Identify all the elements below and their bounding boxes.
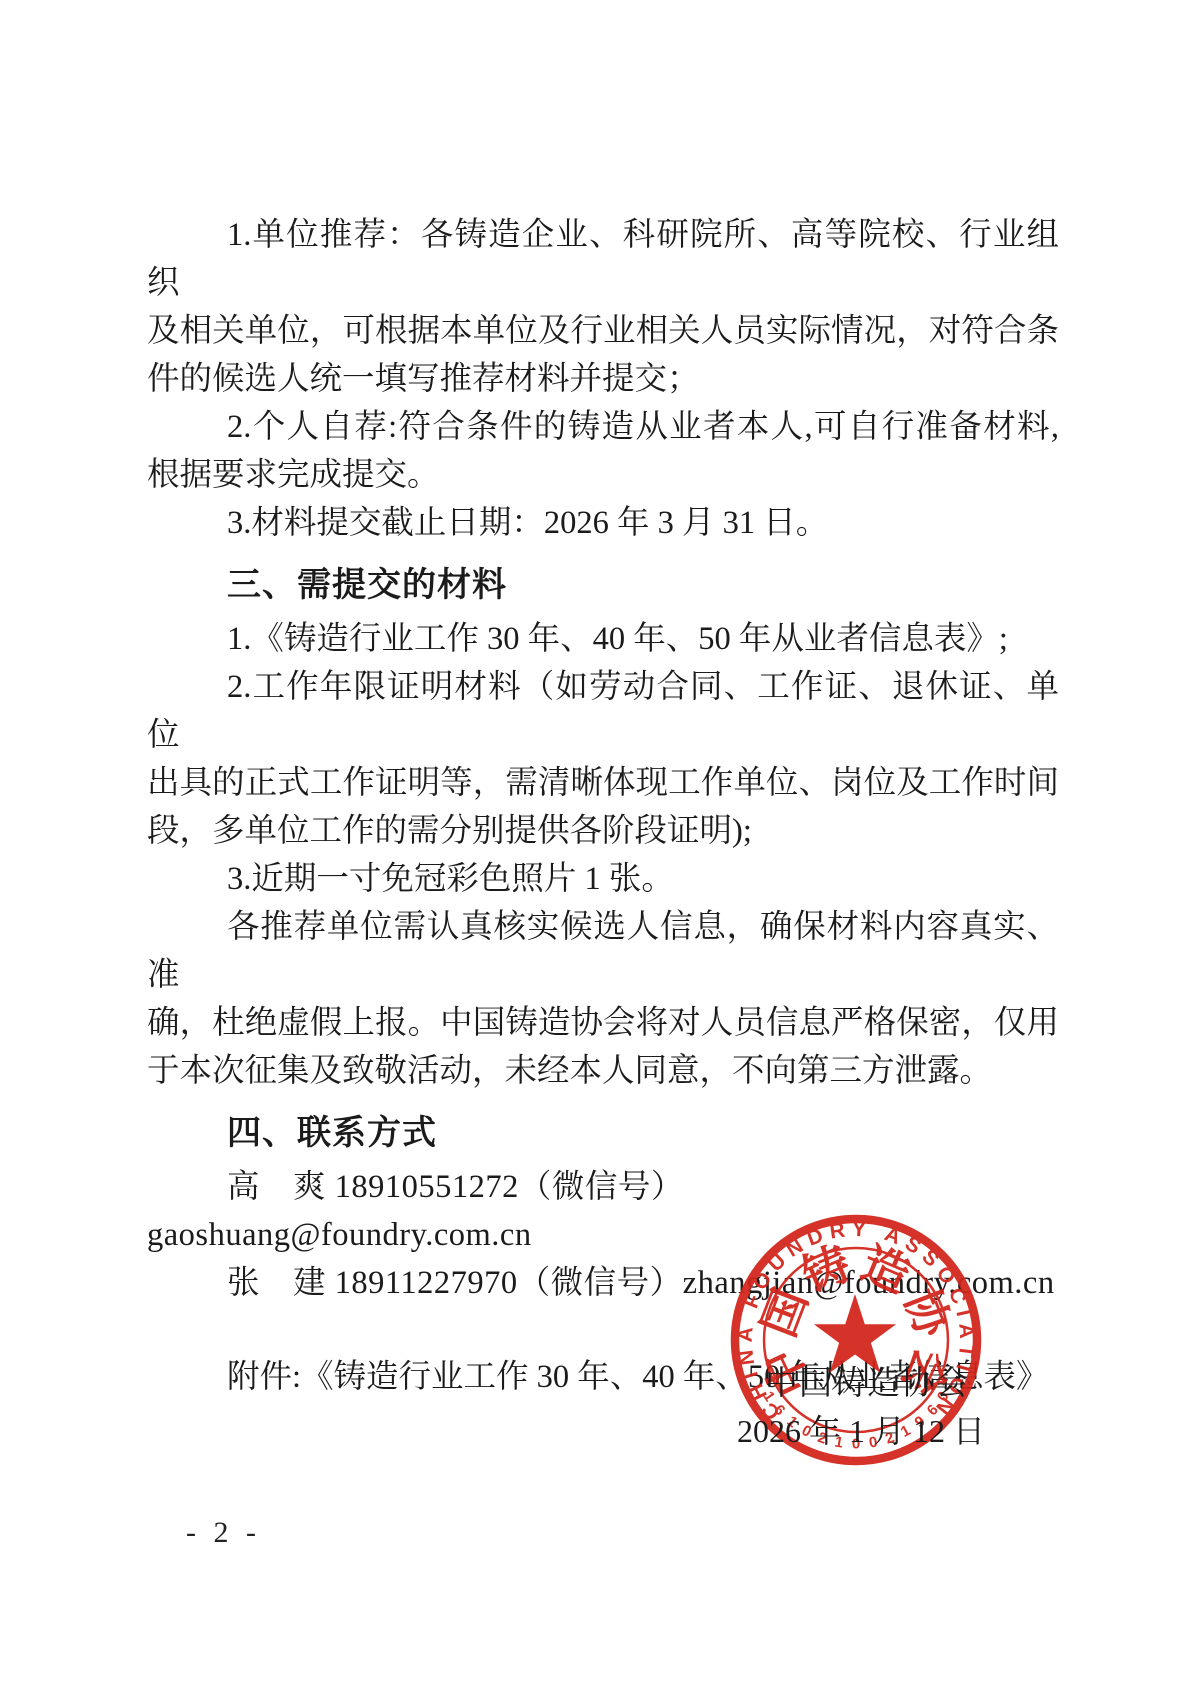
paragraph-line: 3.近期一寸免冠彩色照片 1 张。 <box>147 855 1059 903</box>
star-icon <box>814 1294 896 1373</box>
paragraph-line: 于本次征集及致敬活动，未经本人同意，不向第三方泄露。 <box>147 1047 1059 1095</box>
paragraph-line: 1.单位推荐：各铸造企业、科研院所、高等院校、行业组织 <box>147 211 1059 307</box>
signature-org: 中国铸造协会 <box>765 1365 969 1403</box>
paragraph-line: 件的候选人统一填写推荐材料并提交； <box>147 355 1059 403</box>
paragraph-line: 段，多单位工作的需分别提供各阶段证明); <box>147 807 1059 855</box>
paragraph-line: 各推荐单位需认真核实候选人信息，确保材料内容真实、准 <box>147 903 1059 999</box>
paragraph-line: 2.个人自荐:符合条件的铸造从业者本人,可自行准备材料, <box>147 403 1059 451</box>
paragraph-line: 出具的正式工作证明等，需清晰体现工作单位、岗位及工作时间 <box>147 759 1059 807</box>
page-number: - 2 - <box>186 1516 261 1550</box>
paragraph-line: 1.《铸造行业工作 30 年、40 年、50 年从业者信息表》; <box>147 615 1059 663</box>
paragraph-line: 及相关单位，可根据本单位及行业相关人员实际情况，对符合条 <box>147 307 1059 355</box>
seal-cjk-char: 国 <box>753 1282 817 1343</box>
paragraph-line: 2.工作年限证明材料（如劳动合同、工作证、退休证、单位 <box>147 663 1059 759</box>
signature-date: 2026 年 1 月 12 日 <box>737 1412 985 1450</box>
paragraph-line: 3.材料提交截止日期：2026 年 3 月 31 日。 <box>147 499 1059 547</box>
paragraph-line: 根据要求完成提交。 <box>147 451 1059 499</box>
section-heading: 三、需提交的材料 <box>147 561 1059 609</box>
paragraph-line: 确，杜绝虚假上报。中国铸造协会将对人员信息严格保密，仅用 <box>147 999 1059 1047</box>
document-page: 1.单位推荐：各铸造企业、科研院所、高等院校、行业组织及相关单位，可根据本单位及… <box>0 0 1200 1697</box>
section-heading: 四、联系方式 <box>147 1109 1059 1157</box>
